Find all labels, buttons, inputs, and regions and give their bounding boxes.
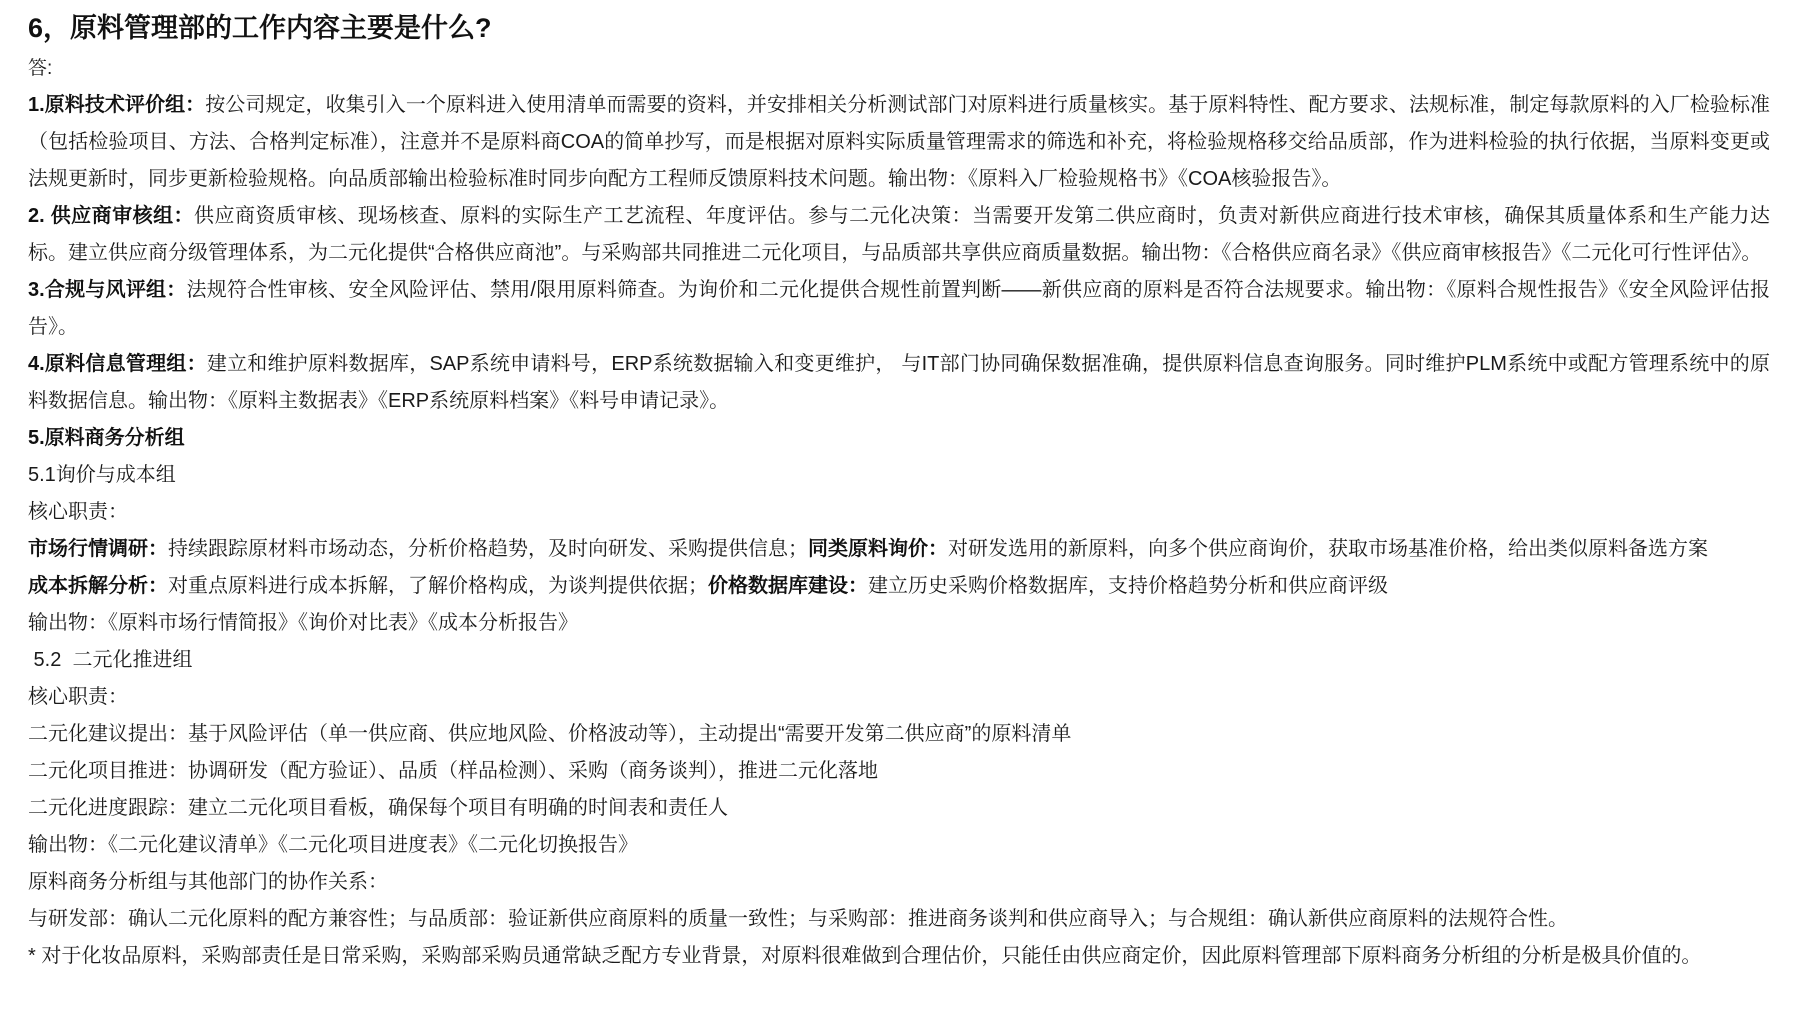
paragraph: 二元化项目推进：协调研发（配方验证）、品质（样品检测）、采购（商务谈判），推进二… xyxy=(28,753,1770,790)
text-run: 5.2 二元化推进组 xyxy=(28,649,192,671)
bold-run: 同类原料询价： xyxy=(808,538,948,560)
text-run: 建立历史采购价格数据库，支持价格趋势分析和供应商评级 xyxy=(868,575,1388,597)
paragraph: 核心职责： xyxy=(28,494,1770,531)
text-run: 法规符合性审核、安全风险评估、禁用/限用原料筛查。为询价和二元化提供合规性前置判… xyxy=(28,279,1770,338)
bold-run: 价格数据库建设： xyxy=(708,575,868,597)
paragraph: 成本拆解分析：对重点原料进行成本拆解，了解价格构成，为谈判提供依据；价格数据库建… xyxy=(28,568,1770,605)
paragraph: 二元化进度跟踪：建立二元化项目看板，确保每个项目有明确的时间表和责任人 xyxy=(28,790,1770,827)
paragraph: 5.原料商务分析组 xyxy=(28,420,1770,457)
bold-run: 成本拆解分析： xyxy=(28,575,168,597)
paragraph: 5.1询价与成本组 xyxy=(28,457,1770,494)
text-run: 按公司规定，收集引入一个原料进入使用清单而需要的资料，并安排相关分析测试部门对原… xyxy=(28,94,1770,190)
text-run: 原料商务分析组与其他部门的协作关系： xyxy=(28,871,388,893)
text-run: 持续跟踪原材料市场动态，分析价格趋势，及时向研发、采购提供信息； xyxy=(168,538,808,560)
paragraph: 输出物：《二元化建议清单》《二元化项目进度表》《二元化切换报告》 xyxy=(28,827,1770,864)
text-run: 供应商资质审核、现场核查、原料的实际生产工艺流程、年度评估。参与二元化决策：当需… xyxy=(28,205,1770,264)
text-run: 核心职责： xyxy=(28,501,128,523)
answer-label: 答: xyxy=(28,50,1770,87)
paragraph: 3.合规与风评组：法规符合性审核、安全风险评估、禁用/限用原料筛查。为询价和二元… xyxy=(28,272,1770,346)
paragraph: 原料商务分析组与其他部门的协作关系： xyxy=(28,864,1770,901)
text-run: 二元化项目推进：协调研发（配方验证）、品质（样品检测）、采购（商务谈判），推进二… xyxy=(28,760,878,782)
paragraph: 4.原料信息管理组：建立和维护原料数据库，SAP系统申请料号，ERP系统数据输入… xyxy=(28,346,1770,420)
paragraph: * 对于化妆品原料，采购部责任是日常采购，采购部采购员通常缺乏配方专业背景，对原… xyxy=(28,938,1770,975)
text-run: 二元化建议提出：基于风险评估（单一供应商、供应地风险、价格波动等），主动提出“需… xyxy=(28,723,1071,745)
paragraph: 核心职责： xyxy=(28,679,1770,716)
paragraph: 5.2 二元化推进组 xyxy=(28,642,1770,679)
text-run: 对研发选用的新原料，向多个供应商询价，获取市场基准价格，给出类似原料备选方案 xyxy=(948,538,1708,560)
text-run: 输出物：《二元化建议清单》《二元化项目进度表》《二元化切换报告》 xyxy=(28,834,638,856)
text-run: 5.1询价与成本组 xyxy=(28,464,176,486)
bold-run: 2. 供应商审核组： xyxy=(28,205,194,227)
paragraph: 1.原料技术评价组：按公司规定，收集引入一个原料进入使用清单而需要的资料，并安排… xyxy=(28,87,1770,198)
bold-run: 市场行情调研： xyxy=(28,538,168,560)
document-blocks: 1.原料技术评价组：按公司规定，收集引入一个原料进入使用清单而需要的资料，并安排… xyxy=(28,87,1770,975)
page-title: 6，原料管理部的工作内容主要是什么? xyxy=(28,6,1770,50)
text-run: 与研发部：确认二元化原料的配方兼容性；与品质部：验证新供应商原料的质量一致性；与… xyxy=(28,908,1568,930)
bold-run: 4.原料信息管理组： xyxy=(28,353,207,375)
document-page: 6，原料管理部的工作内容主要是什么? 答: 1.原料技术评价组：按公司规定，收集… xyxy=(0,0,1800,1012)
paragraph: 市场行情调研：持续跟踪原材料市场动态，分析价格趋势，及时向研发、采购提供信息；同… xyxy=(28,531,1770,568)
paragraph: 与研发部：确认二元化原料的配方兼容性；与品质部：验证新供应商原料的质量一致性；与… xyxy=(28,901,1770,938)
text-run: 输出物：《原料市场行情简报》《询价对比表》《成本分析报告》 xyxy=(28,612,578,634)
text-run: 对重点原料进行成本拆解，了解价格构成，为谈判提供依据； xyxy=(168,575,708,597)
text-run: 建立和维护原料数据库，SAP系统申请料号，ERP系统数据输入和变更维护， 与IT… xyxy=(28,353,1770,412)
bold-run: 3.合规与风评组： xyxy=(28,279,187,301)
paragraph: 输出物：《原料市场行情简报》《询价对比表》《成本分析报告》 xyxy=(28,605,1770,642)
text-run: 二元化进度跟踪：建立二元化项目看板，确保每个项目有明确的时间表和责任人 xyxy=(28,797,728,819)
paragraph: 二元化建议提出：基于风险评估（单一供应商、供应地风险、价格波动等），主动提出“需… xyxy=(28,716,1770,753)
bold-run: 1.原料技术评价组： xyxy=(28,94,205,116)
text-run: 核心职责： xyxy=(28,686,128,708)
text-run: * 对于化妆品原料，采购部责任是日常采购，采购部采购员通常缺乏配方专业背景，对原… xyxy=(28,945,1701,967)
bold-run: 5.原料商务分析组 xyxy=(28,427,185,449)
paragraph: 2. 供应商审核组：供应商资质审核、现场核查、原料的实际生产工艺流程、年度评估。… xyxy=(28,198,1770,272)
